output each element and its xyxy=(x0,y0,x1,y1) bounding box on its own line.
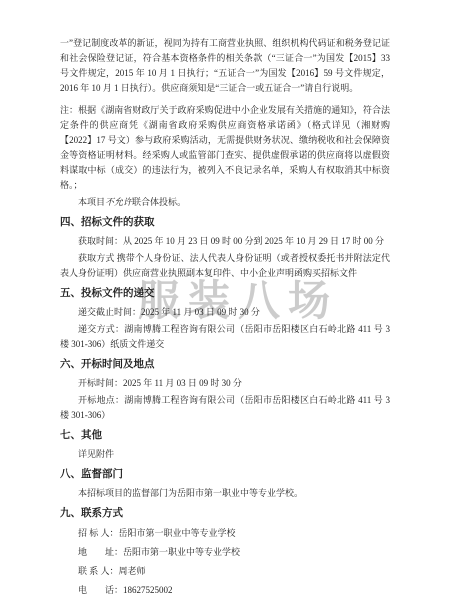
heading-section-5: 五、投标文件的递交 xyxy=(60,286,390,301)
para-contact-person: 联 系 人：周老师 xyxy=(60,563,390,580)
document-body: 一”登记制度改革的新证，视同为持有工商营业执照、组织机构代码证和税务登记证和社会… xyxy=(0,0,450,599)
para-obtain-method: 获取方式 携带个人身份证、法人代表人身份证明（或者授权委托书并附法定代表人身份证… xyxy=(60,251,390,281)
para-obtain-time: 获取时间：从 2025 年 10 月 23 日 09 时 00 分到 2025 … xyxy=(60,234,390,249)
document-page: 服装八场 一”登记制度改革的新证，视同为持有工商营业执照、组织机构代码证和税务登… xyxy=(0,0,450,600)
para-no-consortium: 本项目不允许联合体投标。 xyxy=(60,195,390,210)
heading-section-4: 四、招标文件的获取 xyxy=(60,215,390,230)
para-submit-deadline: 递交截止时间：2025 年 11 月 03 日 09 时 30 分 xyxy=(60,305,390,320)
heading-section-7: 七、其他 xyxy=(60,428,390,443)
heading-section-6: 六、开标时间及地点 xyxy=(60,357,390,372)
para-contact-bidder: 招 标 人：岳阳市第一职业中等专业学校 xyxy=(60,525,390,542)
para-contact-phone: 电 话：18627525002 xyxy=(60,582,390,599)
heading-section-9: 九、联系方式 xyxy=(60,506,390,521)
para-submit-method: 递交方式：湖南博腾工程咨询有限公司（岳阳市岳阳楼区白石岭北路 411 号 3 楼… xyxy=(60,322,390,352)
para-note-sme-policy: 注：根据《湖南省财政厅关于政府采购促进中小企业发展有关措施的通知》，符合法定条件… xyxy=(60,103,390,193)
para-opening-time: 开标时间：2025 年 11 月 03 日 09 时 30 分 xyxy=(60,376,390,391)
para-no-consortium-run-1: 不允许 xyxy=(105,197,132,207)
para-other-attachment: 详见附件 xyxy=(60,447,390,462)
para-opening-place: 开标地点：湖南博腾工程咨询有限公司（岳阳市岳阳楼区白石岭北路 411 号 3 楼… xyxy=(60,393,390,423)
heading-section-8: 八、监督部门 xyxy=(60,467,390,482)
para-registration-reform: 一”登记制度改革的新证，视同为持有工商营业执照、组织机构代码证和税务登记证和社会… xyxy=(60,36,390,96)
para-no-consortium-run-2: 联合体投标。 xyxy=(132,197,186,207)
para-no-consortium-run-0: 本项目 xyxy=(78,197,105,207)
para-contact-address: 地 址：岳阳市第一职业中等专业学校 xyxy=(60,544,390,561)
para-supervision-dept: 本招标项目的监督部门为岳阳市第一职业中等专业学校。 xyxy=(60,486,390,501)
